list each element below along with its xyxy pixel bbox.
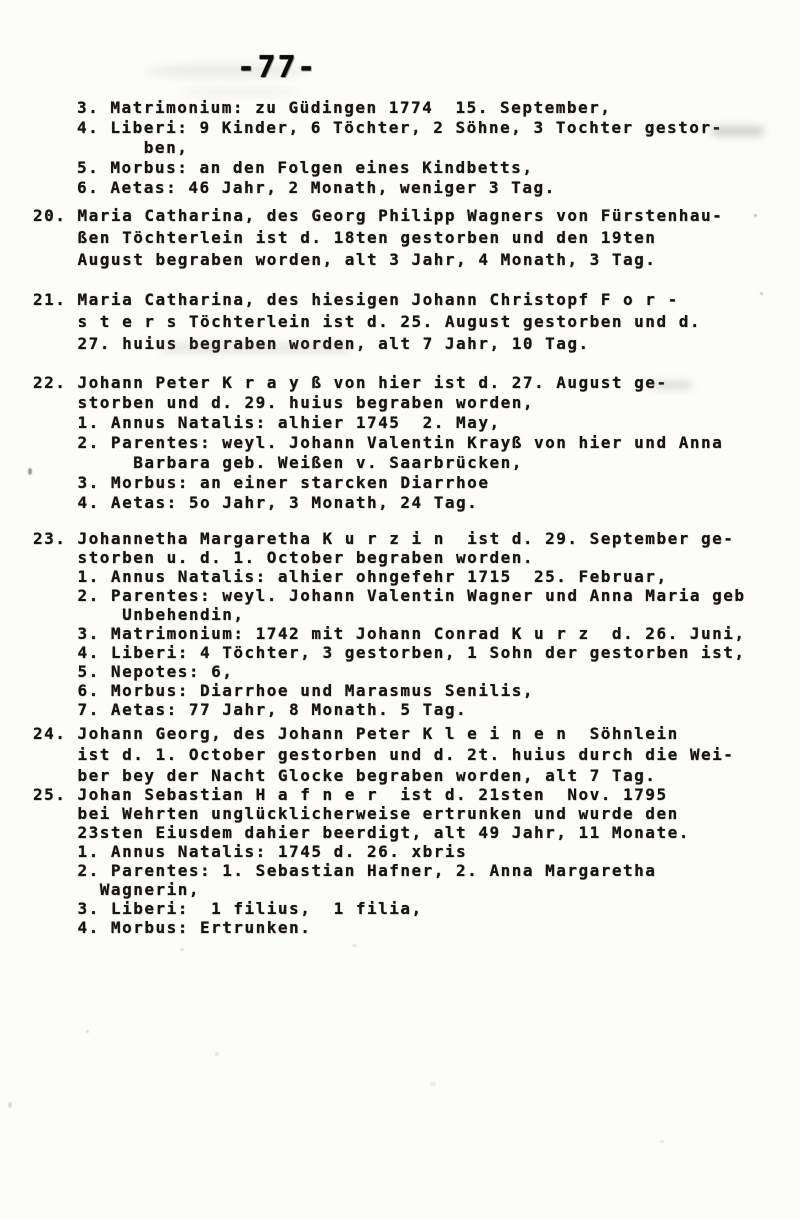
text-line: 1. Annus Natalis: 1745 d. 26. xbris xyxy=(33,842,690,861)
text-line: storben und d. 29. huius begraben worden… xyxy=(33,393,723,413)
text-line: 7. Aetas: 77 Jahr, 8 Monath. 5 Tag. xyxy=(33,700,746,719)
text-line: 2. Parentes: 1. Sebastian Hafner, 2. Ann… xyxy=(33,861,690,880)
text-line: 20. Maria Catharina, des Georg Philipp W… xyxy=(33,205,723,227)
text-line: 6. Morbus: Diarrhoe und Marasmus Senilis… xyxy=(33,681,746,700)
ink-speck xyxy=(8,1102,12,1108)
entry-24: 24. Johann Georg, des Johann Peter K l e… xyxy=(33,723,734,786)
text-line: s t e r s Töchterlein ist d. 25. August … xyxy=(33,311,701,333)
entry-21: 21. Maria Catharina, des hiesigen Johann… xyxy=(33,289,701,355)
text-line: ßen Töchterlein ist d. 18ten gestorben u… xyxy=(33,227,723,249)
text-line: 21. Maria Catharina, des hiesigen Johann… xyxy=(33,289,701,311)
text-line: 23sten Eiusdem dahier beerdigt, alt 49 J… xyxy=(33,823,690,842)
text-line: storben u. d. 1. October begraben worden… xyxy=(33,548,746,567)
ghost-smudge xyxy=(180,88,300,96)
text-line: ist d. 1. October gestorben und d. 2t. h… xyxy=(33,744,734,765)
ink-speck xyxy=(430,1082,436,1086)
text-line: 3. Matrimonium: 1742 mit Johann Conrad K… xyxy=(33,624,746,643)
text-line: 4. Morbus: Ertrunken. xyxy=(33,918,690,937)
ink-speck xyxy=(352,944,357,947)
text-line: 3. Matrimonium: zu Güdingen 1774 15. Sep… xyxy=(77,98,723,118)
text-line: August begraben worden, alt 3 Jahr, 4 Mo… xyxy=(33,249,723,271)
text-line: 4. Liberi: 4 Töchter, 3 gestorben, 1 Soh… xyxy=(33,643,746,662)
text-line: 25. Johan Sebastian H a f n e r ist d. 2… xyxy=(33,785,690,804)
entry-20: 20. Maria Catharina, des Georg Philipp W… xyxy=(33,205,723,271)
entry-22: 22. Johann Peter K r a y ß von hier ist … xyxy=(33,373,723,513)
text-line: 23. Johannetha Margaretha K u r z i n is… xyxy=(33,529,746,548)
text-line: ben, xyxy=(77,138,723,158)
text-line: Wagnerin, xyxy=(33,880,690,899)
ink-speck xyxy=(86,1030,89,1033)
text-line: 1. Annus Natalis: alhier 1745 2. May, xyxy=(33,413,723,433)
entry-19-continued: 3. Matrimonium: zu Güdingen 1774 15. Sep… xyxy=(77,98,723,198)
entry-25: 25. Johan Sebastian H a f n e r ist d. 2… xyxy=(33,785,690,937)
text-line: ber bey der Nacht Glocke begraben worden… xyxy=(33,765,734,786)
text-line: 4. Aetas: 5o Jahr, 3 Monath, 24 Tag. xyxy=(33,493,723,513)
ink-speck xyxy=(760,292,763,295)
text-line: 27. huius begraben worden, alt 7 Jahr, 1… xyxy=(33,333,701,355)
text-line: Barbara geb. Weißen v. Saarbrücken, xyxy=(33,453,723,473)
text-line: bei Wehrten unglücklicherweise ertrunken… xyxy=(33,804,690,823)
text-line: 24. Johann Georg, des Johann Peter K l e… xyxy=(33,723,734,744)
ink-speck xyxy=(660,1140,664,1143)
text-line: 3. Morbus: an einer starcken Diarrhoe xyxy=(33,473,723,493)
text-line: 3. Liberi: 1 filius, 1 filia, xyxy=(33,899,690,918)
ink-speck xyxy=(28,468,32,475)
text-line: 2. Parentes: weyl. Johann Valentin Krayß… xyxy=(33,433,723,453)
text-line: 5. Morbus: an den Folgen eines Kindbetts… xyxy=(77,158,723,178)
text-line: 4. Liberi: 9 Kinder, 6 Töchter, 2 Söhne,… xyxy=(77,118,723,138)
text-line: Unbehendin, xyxy=(33,605,746,624)
text-line: 22. Johann Peter K r a y ß von hier ist … xyxy=(33,373,723,393)
entry-23: 23. Johannetha Margaretha K u r z i n is… xyxy=(33,529,746,719)
page-number: -77- xyxy=(236,50,318,85)
text-line: 2. Parentes: weyl. Johann Valentin Wagne… xyxy=(33,586,746,605)
text-line: 1. Annus Natalis: alhier ohngefehr 1715 … xyxy=(33,567,746,586)
text-line: 6. Aetas: 46 Jahr, 2 Monath, weniger 3 T… xyxy=(77,178,723,198)
document-page: -77- 3. Matrimonium: zu Güdingen 1774 15… xyxy=(0,0,800,1219)
ink-speck xyxy=(754,214,757,217)
ink-speck xyxy=(215,1052,219,1056)
ink-speck xyxy=(180,948,184,951)
text-line: 5. Nepotes: 6, xyxy=(33,662,746,681)
